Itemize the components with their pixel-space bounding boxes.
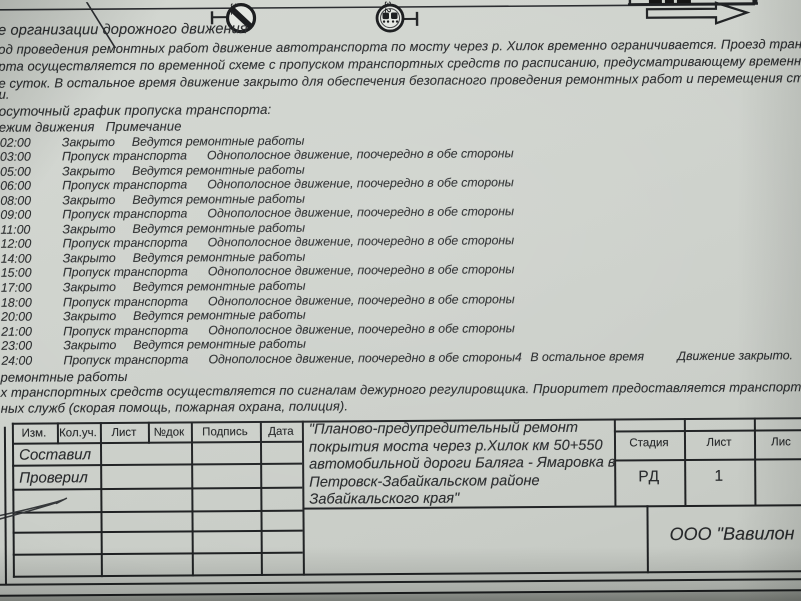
tb-role-proveril: Проверил bbox=[19, 469, 88, 486]
schedule-mode: Закрыто bbox=[63, 338, 133, 352]
schedule-mode: Пропуск транспорта bbox=[62, 148, 207, 163]
schedule-row: 09:00Пропуск транспортаОднополосное движ… bbox=[0, 204, 514, 222]
schedule-note: Ведутся ремонтные работы bbox=[133, 308, 306, 323]
schedule-note: Ведутся ремонтные работы bbox=[133, 337, 306, 352]
schedule-mode: Закрыто bbox=[63, 309, 133, 323]
schedule-time: 17:00 bbox=[1, 280, 63, 294]
schedule-mode: Закрыто bbox=[62, 163, 132, 177]
schedule-note: Однополосное движение, поочередно в обе … bbox=[207, 204, 514, 220]
schedule-row: 21:00Пропуск транспортаОднополосное движ… bbox=[1, 321, 515, 339]
tb-col-list: Лист bbox=[111, 427, 136, 439]
schedule-row: 14:00ЗакрытоВедутся ремонтные работы bbox=[1, 250, 306, 266]
project-title-line: Петровск-Забайкальском районе bbox=[309, 473, 539, 491]
schedule-row: 18:00Пропуск транспортаОднополосное движ… bbox=[1, 292, 515, 310]
schedule-note: Однополосное движение, поочередно в обе … bbox=[208, 350, 522, 366]
schedule-row: 17:00ЗакрытоВедутся ремонтные работы bbox=[1, 279, 306, 295]
tb-col-podpis: Подпись bbox=[202, 426, 248, 438]
schedule-mode: Пропуск транспорта bbox=[63, 352, 208, 367]
schedule-mode: Пропуск транспорта bbox=[63, 236, 208, 251]
schedule-mode: Пропуск транспорта bbox=[62, 207, 207, 222]
schedule-time: 02:00 bbox=[0, 135, 62, 149]
tb-sheets-label: Лис bbox=[771, 436, 791, 448]
schedule-note: Ведутся ремонтные работы bbox=[133, 250, 306, 265]
schedule-note: Однополосное движение, поочередно в обе … bbox=[207, 146, 514, 162]
schedule-note: Ведутся ремонтные работы bbox=[133, 279, 306, 294]
schedule-time: 06:00 bbox=[0, 178, 62, 192]
drawing-sheet: 3.1 3.2 е организации дорожного движения… bbox=[0, 0, 801, 601]
pen-scribble bbox=[0, 488, 87, 529]
schedule-note: Однополосное движение, поочередно в обе … bbox=[208, 292, 515, 308]
tb-stage-label: Стадия bbox=[629, 437, 668, 449]
schedule-time: 18:00 bbox=[1, 295, 63, 309]
schedule-time: 15:00 bbox=[1, 266, 63, 280]
photographed-document: 3.1 3.2 е организации дорожного движения… bbox=[0, 0, 801, 601]
schedule-note: Ведутся ремонтные работы bbox=[132, 133, 305, 148]
schedule-tail-period: В остальное время bbox=[530, 349, 644, 364]
note-line: ремонтные работы bbox=[0, 368, 127, 384]
tb-col-izm: Изм. bbox=[22, 427, 47, 439]
schedule-row: 03:00Пропуск транспортаОднополосное движ… bbox=[0, 146, 514, 164]
schedule-time: 08:00 bbox=[0, 193, 62, 207]
schedule-row: 11:00ЗакрытоВедутся ремонтные работы bbox=[0, 220, 305, 236]
schedule-row: 05:00ЗакрытоВедутся ремонтные работы bbox=[0, 162, 305, 178]
tb-col-koluch: Кол.уч. bbox=[59, 427, 97, 439]
schedule-row: 08:00ЗакрытоВедутся ремонтные работы bbox=[0, 191, 305, 207]
schedule-time: 12:00 bbox=[1, 237, 63, 251]
schedule-time: 05:00 bbox=[0, 164, 62, 178]
schedule-tail-status: Движение закрыто. bbox=[677, 348, 793, 363]
schedule-time: 24:00 bbox=[1, 353, 63, 367]
project-title-line: автомобильной дороги Баляга - Ямаровка в bbox=[309, 454, 615, 472]
tb-sheet-value: 1 bbox=[714, 468, 724, 486]
note-line: ных служб (скорая помощь, пожарная охран… bbox=[1, 398, 348, 415]
schedule-mode: Пропуск транспорта bbox=[63, 265, 208, 280]
tb-sheet-label: Лист bbox=[706, 437, 731, 449]
schedule-row: 15:00Пропуск транспортаОднополосное движ… bbox=[1, 263, 515, 281]
tb-col-data: Дата bbox=[268, 426, 294, 438]
schedule-time: 09:00 bbox=[0, 208, 62, 222]
schedule-note: Однополосное движение, поочередно в обе … bbox=[208, 321, 515, 337]
schedule-time: 14:00 bbox=[1, 251, 63, 265]
tb-line bbox=[148, 422, 150, 444]
tb-stage-value: РД bbox=[638, 468, 660, 486]
schedule-row: 20:00ЗакрытоВедутся ремонтные работы bbox=[1, 308, 306, 324]
schedule-mode: Пропуск транспорта bbox=[62, 177, 207, 192]
schedule-mode: Закрыто bbox=[62, 193, 132, 207]
schedule-note: Ведутся ремонтные работы bbox=[132, 162, 305, 177]
project-title-line: "Планово-предупредительный ремонт bbox=[309, 420, 578, 438]
schedule-row: 06:00Пропуск транспортаОднополосное движ… bbox=[0, 175, 514, 193]
schedule-time: 11:00 bbox=[0, 222, 62, 236]
schedule-time: 20:00 bbox=[1, 309, 63, 323]
schedule-note: Однополосное движение, поочередно в обе … bbox=[207, 175, 514, 191]
schedule-time: 21:00 bbox=[1, 324, 63, 338]
project-title-line: Забайкальского края" bbox=[309, 491, 459, 508]
schedule-row: 24:00Пропуск транспортаОднополосное движ… bbox=[1, 350, 522, 368]
schedule-mode: Закрыто bbox=[63, 280, 133, 294]
organization-name: ООО "Вавилон bbox=[670, 523, 795, 545]
tb-role-sostavil: Составил bbox=[19, 446, 91, 464]
schedule-note: Однополосное движение, поочередно в обе … bbox=[208, 263, 515, 279]
schedule-time: 03:00 bbox=[0, 149, 62, 163]
schedule-mode: Пропуск транспорта bbox=[63, 294, 208, 309]
tb-col-ndok: №док bbox=[154, 427, 185, 439]
schedule-note: Ведутся ремонтные работы bbox=[132, 191, 305, 206]
schedule-row: 12:00Пропуск транспортаОднополосное движ… bbox=[1, 234, 515, 252]
schedule-mode: Закрыто bbox=[62, 134, 132, 148]
schedule-note: Однополосное движение, поочередно в обе … bbox=[208, 234, 515, 250]
schedule-time: 23:00 bbox=[1, 339, 63, 353]
schedule-row: 23:00ЗакрытоВедутся ремонтные работы bbox=[1, 337, 306, 353]
schedule-row: 02:00ЗакрытоВедутся ремонтные работы bbox=[0, 133, 305, 149]
project-title-line: покрытия моста через р.Хилок км 50+550 bbox=[309, 437, 603, 455]
schedule-mode: Пропуск транспорта bbox=[63, 323, 208, 338]
schedule-note: Ведутся ремонтные работы bbox=[132, 220, 305, 235]
schedule-mode: Закрыто bbox=[63, 251, 133, 265]
schedule-mode: Закрыто bbox=[62, 222, 132, 236]
